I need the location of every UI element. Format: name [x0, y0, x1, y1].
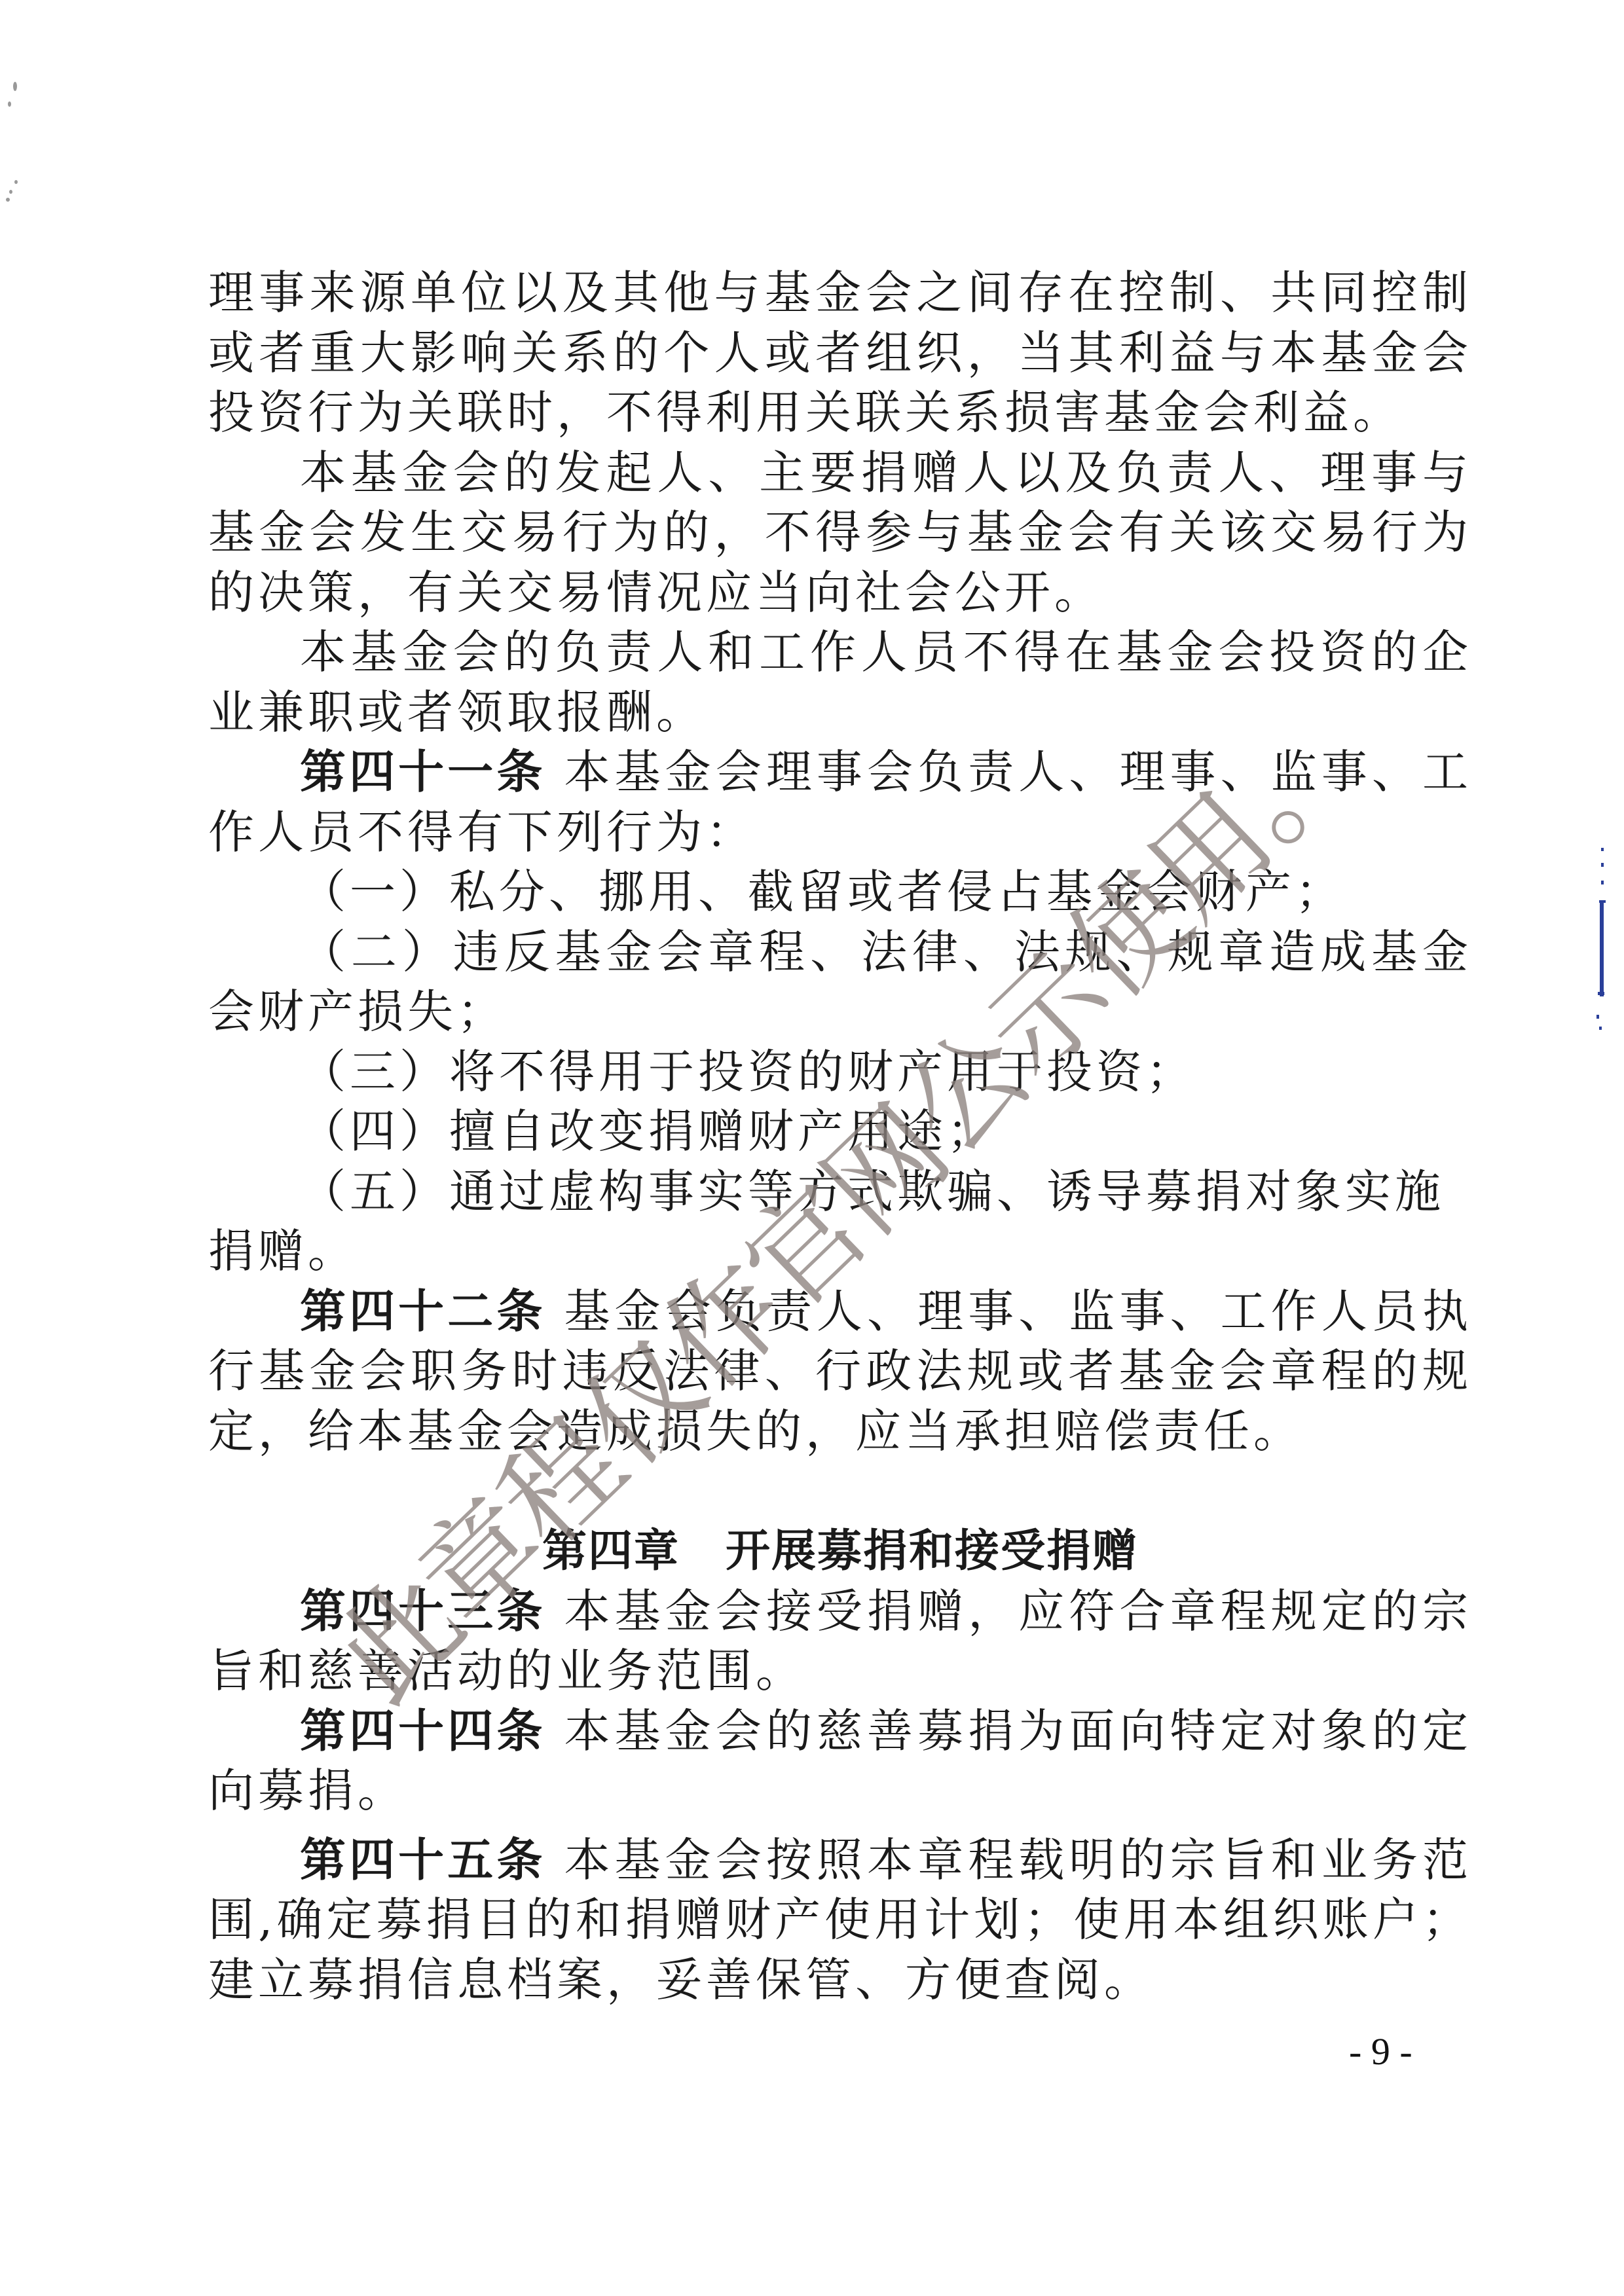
chapter-title: 开展募捐和接受捐赠	[726, 1525, 1138, 1577]
document-body: 理事来源单位以及其他与基金会之间存在控制、共同控制或者重大影响关系的个人或者组织…	[208, 263, 1472, 2010]
page-number: - 9 -	[1349, 2030, 1412, 2073]
binding-mark	[1598, 992, 1604, 995]
article-41: 第四十一条本基金会理事会负责人、理事、监事、工作人员不得有下列行为：	[208, 742, 1472, 862]
document-page: 理事来源单位以及其他与基金会之间存在控制、共同控制或者重大影响关系的个人或者组织…	[0, 0, 1624, 2296]
paragraph-no-concurrent-posts: 本基金会的负责人和工作人员不得在基金会投资的企业兼职或者领取报酬。	[208, 623, 1472, 742]
scan-artifact	[14, 180, 18, 184]
chapter-number: 第四章	[542, 1525, 680, 1577]
article-44: 第四十四条本基金会的慈善募捐为面向特定对象的定向募捐。	[208, 1702, 1472, 1821]
article-42: 第四十二条基金会负责人、理事、监事、工作人员执行基金会职务时违反法律、行政法规或…	[208, 1282, 1472, 1462]
binding-mark	[1599, 1027, 1602, 1030]
article-41-item-1: （一）私分、挪用、截留或者侵占基金会财产；	[208, 862, 1472, 922]
binding-mark	[1601, 863, 1604, 867]
article-41-item-5: （五）通过虚构事实等方式欺骗、诱导募捐对象实施捐赠。	[208, 1162, 1472, 1282]
paragraph-transactions: 本基金会的发起人、主要捐赠人以及负责人、理事与基金会发生交易行为的，不得参与基金…	[208, 443, 1472, 623]
chapter-heading: 第四章开展募捐和接受捐赠	[208, 1522, 1472, 1582]
binding-mark	[1601, 848, 1604, 851]
article-number: 第四十四条	[300, 1704, 545, 1758]
scan-artifact	[8, 101, 11, 107]
article-43: 第四十三条本基金会接受捐赠，应符合章程规定的宗旨和慈善活动的业务范围。	[208, 1582, 1472, 1702]
article-number: 第四十五条	[300, 1833, 545, 1887]
article-number: 第四十三条	[300, 1584, 545, 1638]
binding-mark	[1596, 1015, 1599, 1019]
scan-artifact	[13, 82, 17, 91]
article-number: 第四十一条	[300, 745, 545, 799]
article-41-item-2: （二）违反基金会章程、法律、法规、规章造成基金会财产损失；	[208, 922, 1472, 1042]
paragraph-related-parties: 理事来源单位以及其他与基金会之间存在控制、共同控制或者重大影响关系的个人或者组织…	[208, 263, 1472, 443]
article-45: 第四十五条本基金会按照本章程载明的宗旨和业务范围,确定募捐目的和捐赠财产使用计划…	[208, 1831, 1472, 2011]
binding-mark	[1601, 881, 1604, 884]
article-number: 第四十二条	[300, 1285, 545, 1338]
article-41-item-3: （三）将不得用于投资的财产用于投资；	[208, 1042, 1472, 1102]
scan-artifact	[9, 190, 12, 194]
scan-artifact	[6, 198, 10, 202]
article-41-item-4: （四）擅自改变捐赠财产用途；	[208, 1102, 1472, 1162]
binding-mark	[1600, 902, 1604, 996]
